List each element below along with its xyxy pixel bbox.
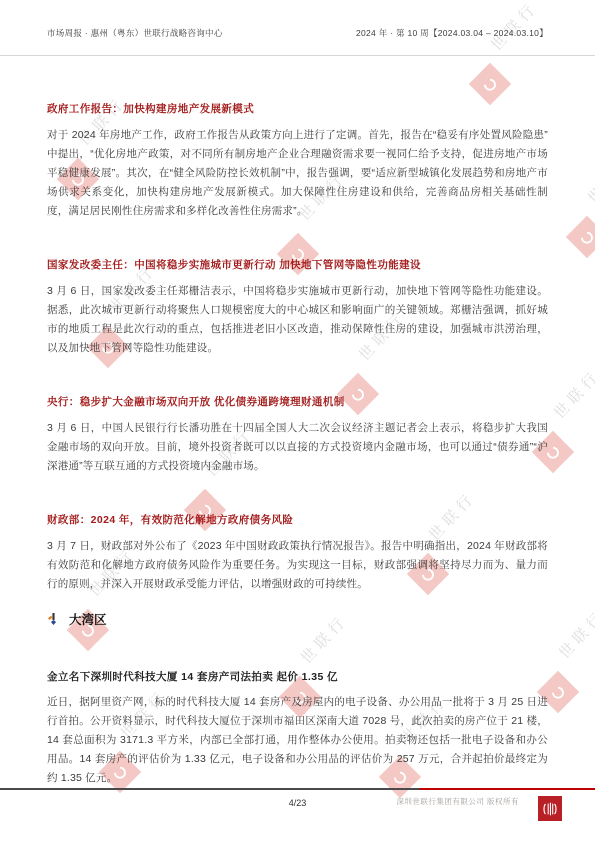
news-body-pboc: 3 月 6 日，中国人民银行行长潘功胜在十四届全国人大二次会议经济主题记者会上表… [47, 419, 548, 476]
news-body-auction: 近日，据阿里资产网，标的时代科技大厦 14 套房产及房屋内的电子设备、办公用品一… [47, 693, 548, 788]
news-heading-gov-work-report: 政府工作报告：加快构建房地产发展新模式 [47, 102, 548, 117]
news-heading-pboc: 央行：稳步扩大金融市场双向开放 优化债券通跨境理财通机制 [47, 395, 548, 410]
news-body-mof: 3 月 7 日，财政部对外公布了《2023 年中国财政政策执行情况报告》。报告中… [47, 537, 548, 594]
watermark-text: 世联行 [549, 365, 595, 423]
page-content: 政府工作报告：加快构建房地产发展新模式 对于 2024 年房地产工作，政府工作报… [47, 55, 548, 788]
page-header: 市场周报 · 惠州（粤东）世联行战略咨询中心 2024 年 · 第 10 周【2… [47, 27, 548, 39]
news-heading-auction: 金立名下深圳时代科技大厦 14 套房产司法拍卖 起价 1.35 亿 [47, 670, 548, 685]
news-heading-mof: 财政部：2024 年，有效防范化解地方政府债务风险 [47, 513, 548, 528]
footer-copyright: 深圳世联行集团有限公司 版权所有 [396, 796, 519, 807]
header-divider [0, 55, 595, 56]
header-week-range: 2024 年 · 第 10 周【2024.03.04 – 2024.03.10】 [356, 27, 548, 39]
news-heading-ndrc: 国家发改委主任：中国将稳步实施城市更新行动 加快地下管网等隐性功能建设 [47, 258, 548, 273]
brand-diamond-icon [566, 216, 595, 258]
watermark: 世联行 [566, 118, 595, 258]
worldunion-logo-icon [538, 796, 562, 821]
report-page: 世联行 世联行 世联行 世联行 世联行 世联行 世联行 世联行 [0, 0, 595, 841]
header-report-title: 市场周报 · 惠州（粤东）世联行战略咨询中心 [47, 27, 223, 39]
news-body-gov-work-report: 对于 2024 年房地产工作，政府工作报告从政策方向上进行了定调。首先，报告在“… [47, 126, 548, 221]
news-body-ndrc: 3 月 6 日，国家发改委主任郑栅洁表示，中国将稳步实施城市更新行动，加快地下管… [47, 282, 548, 358]
footer-divider [0, 788, 595, 790]
region-divider-label: 大湾区 [69, 610, 107, 628]
section-bullet-icon [47, 612, 60, 626]
watermark-text: 世联行 [583, 150, 595, 208]
watermark-text: 世联行 [554, 605, 595, 663]
region-divider-greater-bay-area: 大湾区 [47, 610, 548, 628]
